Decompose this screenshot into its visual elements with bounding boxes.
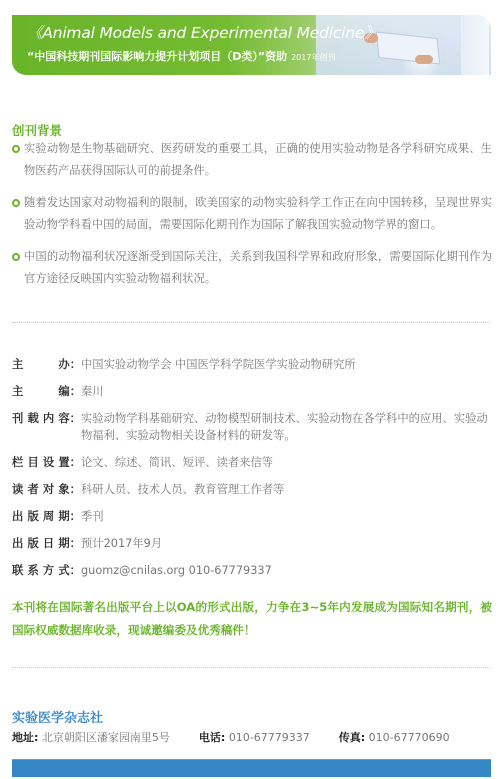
journal-info-list: 主办： 中国实验动物学会 中国医学科学院医学实验动物研究所 主编： 秦川 刊载内… xyxy=(12,356,492,589)
fax-label: 传真: xyxy=(339,731,365,744)
info-row-editor: 主编： 秦川 xyxy=(12,383,492,400)
bullet-item: 中国的动物福利状况逐渐受到国际关注，关系到我国科学界和政府形象，需要国际化期刊作… xyxy=(12,246,492,290)
info-label: 联系方式： xyxy=(12,562,81,579)
publisher-name: 实验医学杂志社 xyxy=(12,707,103,726)
banner-photo-coat xyxy=(461,15,489,75)
bullet-text: 随着发达国家对动物福利的限制，欧美国家的动物实验科学工作正在向中国转移，呈现世界… xyxy=(24,196,492,231)
header-banner: 《Animal Models and Experimental Medicine… xyxy=(12,15,491,75)
info-label: 出版日期： xyxy=(12,535,81,552)
info-value: 科研人员、技术人员、教育管理工作者等 xyxy=(81,481,492,498)
bullet-item: 随着发达国家对动物福利的限制，欧美国家的动物实验科学工作正在向中国转移，呈现世界… xyxy=(12,192,492,236)
bullet-text: 中国的动物福利状况逐渐受到国际关注，关系到我国科学界和政府形象，需要国际化期刊作… xyxy=(24,250,492,285)
publisher-contact-line: 地址: 北京朝阳区潘家园南里5号 电话: 010-67779337 传真: 01… xyxy=(12,729,450,745)
bullet-circle-icon xyxy=(12,253,20,261)
info-row-sponsor: 主办： 中国实验动物学会 中国医学科学院医学实验动物研究所 xyxy=(12,356,492,373)
funding-subtitle: “中国科技期刊国际影响力提升计划项目（D类）”资助2017年创刊 xyxy=(27,48,335,64)
info-value: 实验动物学科基础研究、动物模型研制技术、实验动物在各学科中的应用、实验动物福利、… xyxy=(81,410,492,444)
info-label: 主编： xyxy=(12,383,81,400)
footer-bar xyxy=(12,759,491,777)
info-label: 读者对象： xyxy=(12,481,81,498)
contact-info[interactable]: guomz@cnilas.org 010-67779337 xyxy=(81,562,492,579)
address-label: 地址: xyxy=(12,731,38,744)
fax-value: 010-67770690 xyxy=(369,731,450,744)
info-row-columns: 栏目设置： 论文、综述、简讯、短评、读者来信等 xyxy=(12,454,492,471)
dotted-divider xyxy=(12,667,490,668)
section-title-background: 创刊背景 xyxy=(12,121,62,139)
bullet-circle-icon xyxy=(12,199,20,207)
info-label: 出版周期： xyxy=(12,508,81,525)
phone-value: 010-67779337 xyxy=(229,731,310,744)
dotted-divider xyxy=(12,322,490,323)
background-bullet-list: 实验动物是生物基础研究、医药研发的重要工具，正确的使用实验动物是各学科研究成果、… xyxy=(12,138,492,300)
journal-title: 《Animal Models and Experimental Medicine… xyxy=(27,21,380,43)
address-value: 北京朝阳区潘家园南里5号 xyxy=(42,731,170,744)
banner-photo-hand xyxy=(415,55,433,64)
call-for-papers: 本刊将在国际著名出版平台上以OA的形式出版，力争在3~5年内发展成为国际知名期刊… xyxy=(12,596,492,642)
info-value: 秦川 xyxy=(81,383,492,400)
info-value: 预计2017年9月 xyxy=(81,535,492,552)
info-value: 季刊 xyxy=(81,508,492,525)
info-value: 中国实验动物学会 中国医学科学院医学实验动物研究所 xyxy=(81,356,492,373)
info-row-audience: 读者对象： 科研人员、技术人员、教育管理工作者等 xyxy=(12,481,492,498)
info-label: 栏目设置： xyxy=(12,454,81,471)
bullet-item: 实验动物是生物基础研究、医药研发的重要工具，正确的使用实验动物是各学科研究成果、… xyxy=(12,138,492,182)
phone-label: 电话: xyxy=(199,731,225,744)
funding-text: “中国科技期刊国际影响力提升计划项目（D类）”资助 xyxy=(27,50,287,63)
founded-year: 2017年创刊 xyxy=(291,53,335,62)
info-row-scope: 刊载内容： 实验动物学科基础研究、动物模型研制技术、实验动物在各学科中的应用、实… xyxy=(12,410,492,444)
info-label: 刊载内容： xyxy=(12,410,81,444)
info-row-frequency: 出版周期： 季刊 xyxy=(12,508,492,525)
bullet-text: 实验动物是生物基础研究、医药研发的重要工具，正确的使用实验动物是各学科研究成果、… xyxy=(24,142,492,177)
info-value: 论文、综述、简讯、短评、读者来信等 xyxy=(81,454,492,471)
info-row-publish-date: 出版日期： 预计2017年9月 xyxy=(12,535,492,552)
bullet-circle-icon xyxy=(12,145,20,153)
info-row-contact: 联系方式： guomz@cnilas.org 010-67779337 xyxy=(12,562,492,579)
info-label: 主办： xyxy=(12,356,81,373)
